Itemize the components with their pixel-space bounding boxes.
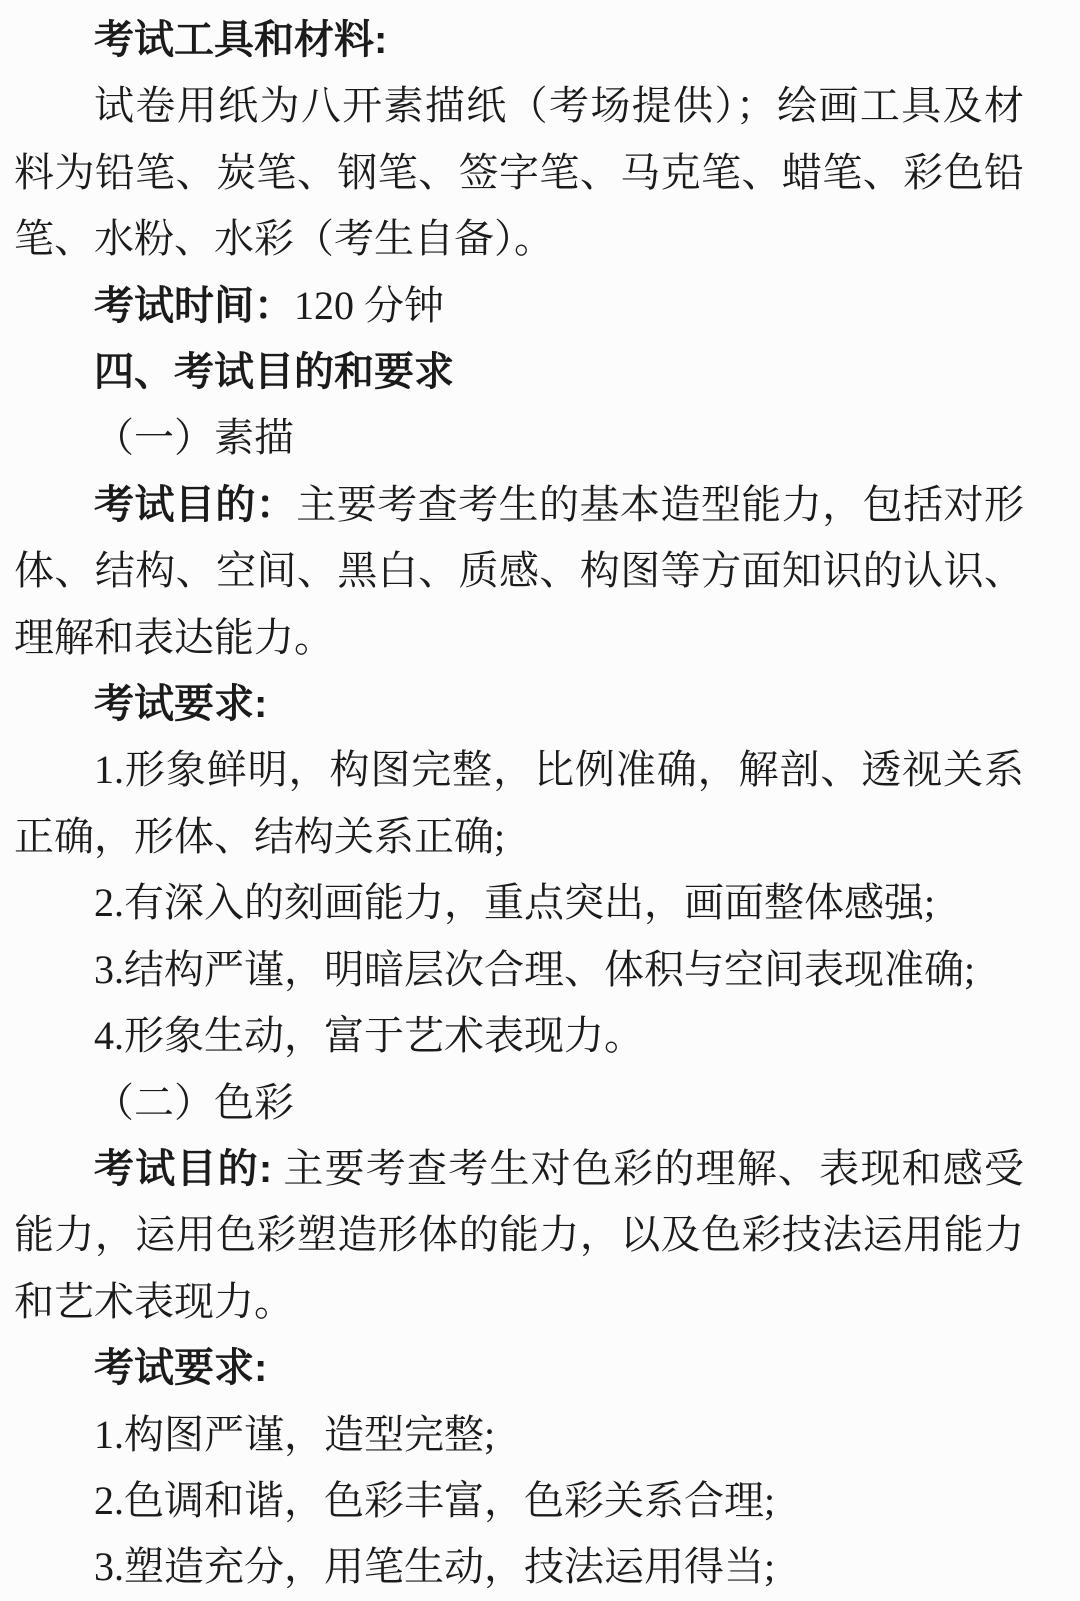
paragraph-text: 2.色调和谐，色彩丰富，色彩关系合理; xyxy=(94,1478,775,1523)
paragraph-label: 四、考试目的和要求 xyxy=(94,350,454,394)
para-subsection-color: （二）色彩 xyxy=(14,1070,1024,1136)
paragraph-text: 3.塑造充分，用笔生动，技法运用得当; xyxy=(94,1544,775,1589)
para-sketch-requirement-4: 4.形象生动，富于艺术表现力。 xyxy=(14,1003,1024,1069)
para-color-requirement-3: 3.塑造充分，用笔生动，技法运用得当; xyxy=(14,1534,1024,1600)
para-color-requirement-1: 1.构图严谨，造型完整; xyxy=(14,1402,1024,1468)
paragraph-label: 考试要求: xyxy=(94,1346,267,1390)
para-color-requirement-2: 2.色调和谐，色彩丰富，色彩关系合理; xyxy=(14,1468,1024,1534)
para-sketch-requirement-1: 1.形象鲜明，构图完整，比例准确，解剖、透视关系正确，形体、结构关系正确; xyxy=(14,737,1024,870)
paragraph-text: 2.有深入的刻画能力，重点突出，画面整体感强; xyxy=(94,880,935,925)
paragraph-text: 试卷用纸为八开素描纸（考场提供）；绘画工具及材料为铅笔、炭笔、钢笔、签字笔、马克… xyxy=(14,83,1024,261)
paragraph-label: 考试目的: xyxy=(94,1147,272,1191)
paragraph-label: 考试要求: xyxy=(94,682,267,726)
para-sketch-requirements-heading: 考试要求: xyxy=(14,671,1024,737)
para-color-requirements-heading: 考试要求: xyxy=(14,1335,1024,1401)
para-exam-materials: 试卷用纸为八开素描纸（考场提供）；绘画工具及材料为铅笔、炭笔、钢笔、签字笔、马克… xyxy=(14,73,1024,272)
para-color-purpose: 考试目的: 主要考查考生对色彩的理解、表现和感受能力，运用色彩塑造形体的能力，以… xyxy=(14,1136,1024,1335)
paragraph-text: 1.构图严谨，造型完整; xyxy=(94,1412,495,1457)
para-subsection-sketch: （一）素描 xyxy=(14,405,1024,471)
paragraph-label: 考试目的： xyxy=(94,483,296,527)
paragraph-text: 4.形象生动，富于艺术表现力。 xyxy=(94,1013,644,1058)
para-exam-tools-heading: 考试工具和材料: xyxy=(14,7,1024,73)
para-sketch-requirement-3: 3.结构严谨，明暗层次合理、体积与空间表现准确; xyxy=(14,937,1024,1003)
para-exam-duration: 考试时间：120 分钟 xyxy=(14,273,1024,339)
para-sketch-purpose: 考试目的：主要考查考生的基本造型能力，包括对形体、结构、空间、黑白、质感、构图等… xyxy=(14,472,1024,671)
paragraph-label: 考试工具和材料: xyxy=(94,18,387,62)
heading-section-four: 四、考试目的和要求 xyxy=(14,339,1024,405)
paragraph-label: 考试时间： xyxy=(94,284,294,328)
paragraph-text: 120 分钟 xyxy=(294,283,444,328)
paragraph-text: （二）色彩 xyxy=(94,1080,294,1125)
paragraph-text: 3.结构严谨，明暗层次合理、体积与空间表现准确; xyxy=(94,947,975,992)
para-sketch-requirement-2: 2.有深入的刻画能力，重点突出，画面整体感强; xyxy=(14,870,1024,936)
paragraph-text: （一）素描 xyxy=(94,415,294,460)
paragraph-text: 1.形象鲜明，构图完整，比例准确，解剖、透视关系正确，形体、结构关系正确; xyxy=(14,747,1024,858)
document-page: 考试工具和材料: 试卷用纸为八开素描纸（考场提供）；绘画工具及材料为铅笔、炭笔、… xyxy=(0,0,1080,1601)
